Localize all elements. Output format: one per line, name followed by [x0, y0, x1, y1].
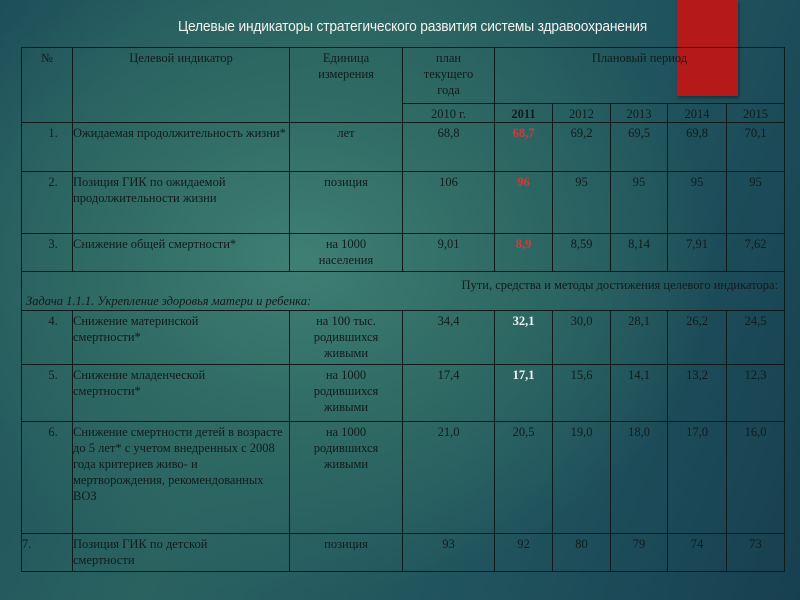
value-2013: 28,1	[611, 311, 668, 365]
value-2011: 92	[495, 534, 553, 572]
value-2013: 18,0	[611, 422, 668, 534]
value-2012: 95	[553, 172, 611, 234]
section-task: Задача 1.1.1. Укрепление здоровья матери…	[22, 293, 784, 309]
value-2015: 73	[727, 534, 785, 572]
value-2015: 7,62	[727, 234, 785, 272]
value-2015: 70,1	[727, 123, 785, 172]
value-2014: 13,2	[668, 365, 727, 422]
row-num: 5.	[22, 365, 73, 422]
value-2010: 9,01	[403, 234, 495, 272]
value-2013: 14,1	[611, 365, 668, 422]
value-2014: 26,2	[668, 311, 727, 365]
row-unit: на 100 тыс. родившихся живыми	[290, 311, 403, 365]
row-indicator: Снижение материнской смертности*	[73, 311, 290, 365]
header-num: №	[22, 48, 73, 123]
value-2012: 15,6	[553, 365, 611, 422]
header-unit: Единица измерения	[290, 48, 403, 123]
value-2010: 93	[403, 534, 495, 572]
section-row: Пути, средства и методы достижения целев…	[22, 272, 785, 311]
row-indicator: Снижение общей смертности*	[73, 234, 290, 272]
header-year-2013: 2013	[611, 104, 668, 123]
table-row: 3. Снижение общей смертности* на 1000 на…	[22, 234, 785, 272]
header-year-2010: 2010 г.	[403, 104, 495, 123]
slide-title-text: Целевые индикаторы стратегического разви…	[178, 18, 647, 35]
row-indicator: Ожидаемая продолжительность жизни*	[73, 123, 290, 172]
value-2014: 74	[668, 534, 727, 572]
row-indicator: Позиция ГИК по детской смертности	[73, 534, 290, 572]
value-2014: 17,0	[668, 422, 727, 534]
header-planned-period: Плановый период	[495, 48, 785, 104]
slide-title: Целевые индикаторы стратегического разви…	[14, 18, 750, 35]
row-num: 6.	[22, 422, 73, 534]
table-row: 4. Снижение материнской смертности* на 1…	[22, 311, 785, 365]
row-indicator: Снижение младенческой смертности*	[73, 365, 290, 422]
value-2012: 30,0	[553, 311, 611, 365]
value-2014: 7,91	[668, 234, 727, 272]
value-2012: 19,0	[553, 422, 611, 534]
value-2010: 34,4	[403, 311, 495, 365]
table-row: 6. Снижение смертности детей в возрасте …	[22, 422, 785, 534]
value-2013: 79	[611, 534, 668, 572]
row-unit: на 1000 родившихся живыми	[290, 422, 403, 534]
value-2015: 16,0	[727, 422, 785, 534]
header-indicator: Целевой индикатор	[73, 48, 290, 123]
value-2012: 80	[553, 534, 611, 572]
value-2013: 8,14	[611, 234, 668, 272]
value-2011: 17,1	[495, 365, 553, 422]
row-num: 1.	[22, 123, 73, 172]
value-2010: 17,4	[403, 365, 495, 422]
table-row: 7. Позиция ГИК по детской смертности поз…	[22, 534, 785, 572]
value-2015: 24,5	[727, 311, 785, 365]
row-unit: на 1000 населения	[290, 234, 403, 272]
row-num: 4.	[22, 311, 73, 365]
value-2010: 106	[403, 172, 495, 234]
value-2015: 12,3	[727, 365, 785, 422]
row-num: 7.	[22, 534, 73, 572]
row-unit: лет	[290, 123, 403, 172]
header-plan-current: план текущего года	[403, 48, 495, 104]
value-2012: 8,59	[553, 234, 611, 272]
value-2013: 69,5	[611, 123, 668, 172]
value-2011: 32,1	[495, 311, 553, 365]
value-2011: 68,7	[495, 123, 553, 172]
value-2011: 96	[495, 172, 553, 234]
row-num: 3.	[22, 234, 73, 272]
row-unit: позиция	[290, 534, 403, 572]
value-2014: 69,8	[668, 123, 727, 172]
row-unit: на 1000 родившихся живыми	[290, 365, 403, 422]
value-2011: 8,9	[495, 234, 553, 272]
value-2013: 95	[611, 172, 668, 234]
row-unit: позиция	[290, 172, 403, 234]
section-ways: Пути, средства и методы достижения целев…	[22, 274, 784, 293]
table-row: 1. Ожидаемая продолжительность жизни* ле…	[22, 123, 785, 172]
table-row: 5. Снижение младенческой смертности* на …	[22, 365, 785, 422]
row-indicator: Снижение смертности детей в возрасте до …	[73, 422, 290, 534]
value-2015: 95	[727, 172, 785, 234]
table-row: 2. Позиция ГИК по ожидаемой продолжитель…	[22, 172, 785, 234]
value-2010: 21,0	[403, 422, 495, 534]
header-year-2011: 2011	[495, 104, 553, 123]
row-num: 2.	[22, 172, 73, 234]
value-2010: 68,8	[403, 123, 495, 172]
value-2014: 95	[668, 172, 727, 234]
header-year-2012: 2012	[553, 104, 611, 123]
indicators-table: № Целевой индикатор Единица измерения пл…	[21, 47, 785, 572]
value-2012: 69,2	[553, 123, 611, 172]
header-year-2014: 2014	[668, 104, 727, 123]
value-2011: 20,5	[495, 422, 553, 534]
header-year-2015: 2015	[727, 104, 785, 123]
row-indicator: Позиция ГИК по ожидаемой продолжительнос…	[73, 172, 290, 234]
